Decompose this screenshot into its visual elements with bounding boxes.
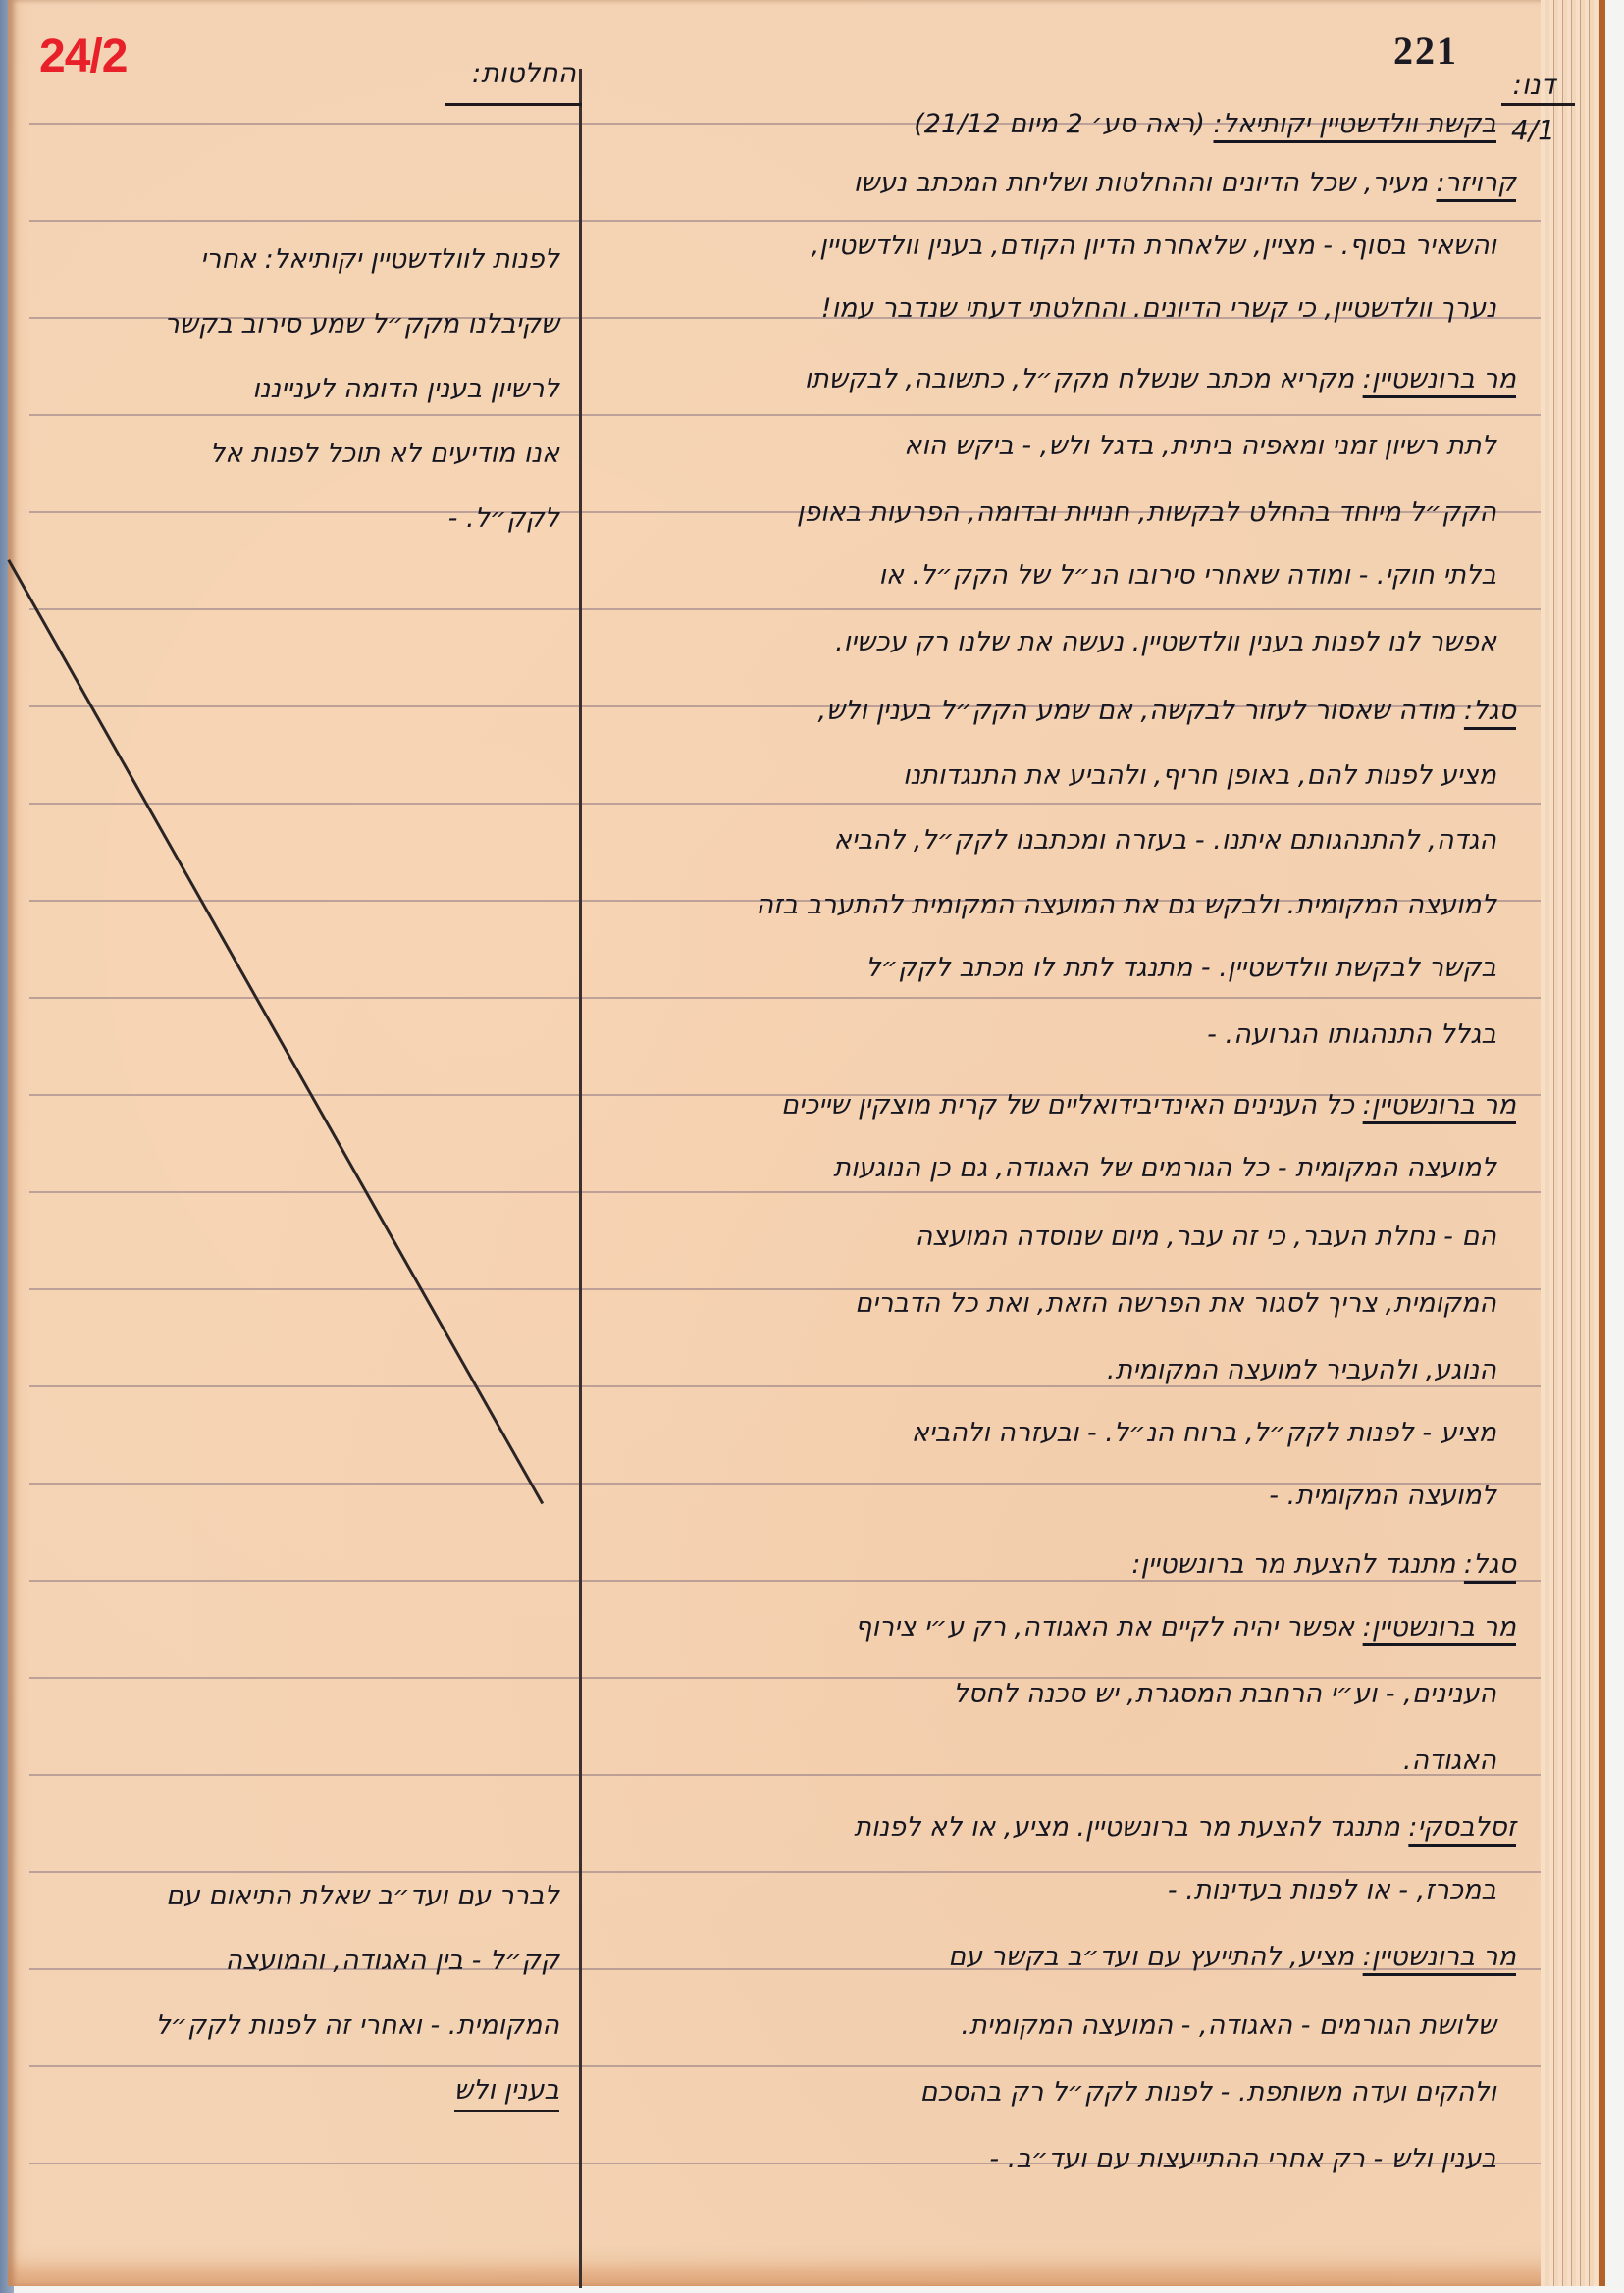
minutes-line: האגודה. xyxy=(1403,1746,1496,1776)
decision-line: אנו מודיעים לא תוכל לפנות אל xyxy=(210,440,559,469)
minutes-line: אפשר לנו לפנות בענין וולדשטיין. נעשה את … xyxy=(835,628,1496,657)
minutes-line: מר ברונשטיין: כל הענינים האינדיבידואליים… xyxy=(781,1091,1516,1120)
minutes-text: הם - נחלת העבר, כי זה עבר, מיום שנוסדה ה… xyxy=(916,1222,1496,1252)
agenda-title: בקשת וולדשטיין יקותיאל: xyxy=(1214,109,1497,139)
minutes-line: הענינים, - וע״י הרחבת המסגרת, יש סכנה לח… xyxy=(953,1680,1496,1709)
ruled-line xyxy=(29,1580,1541,1582)
minutes-line: מציע לפנות להם, באופן חריף, ולהביע את הת… xyxy=(903,761,1496,791)
minutes-text: בלתי חוקי. - ומודה שאחרי סירובו הנ״ל של … xyxy=(878,560,1496,591)
minutes-text: למועצה המקומית - כל הגורמים של האגודה, ג… xyxy=(833,1153,1496,1183)
minutes-text: לתת רשיון זמני ומאפיה ביתית, בדגל ולש, -… xyxy=(904,431,1496,461)
ruled-line xyxy=(29,803,1541,805)
page-number: 221 xyxy=(1393,27,1458,74)
minutes-line: זסלבסקי: מתנגד להצעת מר ברונשטיין. מציע,… xyxy=(854,1813,1516,1843)
speaker-name: סגל: xyxy=(1464,696,1516,726)
minutes-line: למועצה המקומית. ולבקש גם את המועצה המקומ… xyxy=(757,891,1496,920)
decision-line: שקיבלנו מקק״ל שמע סירוב בקשר xyxy=(165,310,559,339)
minutes-line: מר ברונשטיין: מקריא מכתב שנשלח מקק״ל, כת… xyxy=(805,365,1516,394)
decisions-header-rule xyxy=(445,103,582,106)
minutes-text: מציע - לפנות לקק״ל, ברוח הנ״ל. - ובעזרה … xyxy=(912,1418,1496,1448)
speaker-name: מר ברונשטיין: xyxy=(1363,1612,1516,1642)
decision-line: לברר עם ועד״ב שאלת התיאום עם xyxy=(166,1882,559,1911)
minutes-line: מציע - לפנות לקק״ל, ברוח הנ״ל. - ובעזרה … xyxy=(912,1419,1496,1448)
decision-line: לפנות לוולדשטיין יקותיאל: אחרי xyxy=(200,245,559,275)
minutes-line: ולהקים ועדה משותפת. - לפנות לקק״ל רק בהס… xyxy=(919,2078,1496,2108)
minutes-text: אפשר לנו לפנות בענין וולדשטיין. נעשה את … xyxy=(835,627,1496,657)
minutes-line: הקק״ל מיוחד בהחלט לבקשות, חנויות ובדומה,… xyxy=(797,498,1496,528)
minutes-text: מציע לפנות להם, באופן חריף, ולהביע את הת… xyxy=(903,760,1496,791)
minutes-text: הנוגע, ולהעביר למועצה המקומית. xyxy=(1107,1355,1496,1385)
minutes-line: הם - נחלת העבר, כי זה עבר, מיום שנוסדה ה… xyxy=(916,1223,1496,1252)
minutes-line: נערך וולדשטיין, כי קשרי הדיונים. והחלטתי… xyxy=(821,294,1496,324)
minutes-text: אפשר יהיה לקיים את האגודה, רק ע״י צירוף xyxy=(855,1612,1354,1642)
speaker-name: סגל: xyxy=(1464,1549,1516,1580)
minutes-line: בענין ולש - רק אחרי ההתייעצות עם ועד״ב. … xyxy=(989,2145,1496,2174)
minutes-text: מציע, להתייעץ עם ועד״ב בקשר עם xyxy=(948,1942,1354,1972)
speaker-name: מר ברונשטיין: xyxy=(1363,364,1516,394)
minutes-line: מר ברונשטיין: מציע, להתייעץ עם ועד״ב בקש… xyxy=(948,1943,1516,1972)
minutes-text: מודה שאסור לעזור לבקשה, אם שמע הקק״ל בענ… xyxy=(817,696,1455,726)
ruled-line xyxy=(29,1871,1541,1873)
minutes-text: למועצה המקומית. - xyxy=(1269,1481,1496,1511)
minutes-line: מר ברונשטיין: אפשר יהיה לקיים את האגודה,… xyxy=(855,1613,1516,1642)
minutes-text: בגלל התנהגותו הגרועה. - xyxy=(1207,1019,1496,1050)
minutes-line: למועצה המקומית - כל הגורמים של האגודה, ג… xyxy=(833,1154,1496,1183)
date-entry: 4/1 xyxy=(1511,116,1555,145)
minutes-line: קרויזר: מעיר, שכל הדיונים וההחלטות ושליח… xyxy=(854,169,1516,198)
speaker-name: זסלבסקי: xyxy=(1408,1812,1516,1843)
minutes-text: הענינים, - וע״י הרחבת המסגרת, יש סכנה לח… xyxy=(953,1679,1496,1709)
speaker-name: מר ברונשטיין: xyxy=(1363,1090,1516,1120)
minutes-text: מקריא מכתב שנשלח מקק״ל, כתשובה, לבקשתו xyxy=(805,364,1354,394)
decision-line: המקומית. - ואחרי זה לפנות לקק״ל xyxy=(155,2011,559,2041)
minutes-line: בגלל התנהגותו הגרועה. - xyxy=(1207,1020,1496,1050)
minutes-line: והשאיר בסוף. - מציין, שלאחרת הדיון הקודם… xyxy=(812,232,1496,261)
minutes-text: מתנגד להצעת מר ברונשטיין. מציע, או לא לפ… xyxy=(854,1812,1400,1843)
minutes-line: לתת רשיון זמני ומאפיה ביתית, בדגל ולש, -… xyxy=(904,432,1496,461)
ruled-line xyxy=(29,1191,1541,1193)
minutes-text: המקומית, צריך לסגור את הפרשה הזאת, ואת כ… xyxy=(855,1288,1496,1319)
minutes-text: בענין ולש - רק אחרי ההתייעצות עם ועד״ב. … xyxy=(989,2144,1496,2174)
speaker-name: מר ברונשטיין: xyxy=(1363,1942,1516,1972)
minutes-text: נערך וולדשטיין, כי קשרי הדיונים. והחלטתי… xyxy=(821,293,1496,324)
minutes-text: ולהקים ועדה משותפת. - לפנות לקק״ל רק בהס… xyxy=(919,2077,1496,2108)
minutes-text: שלושת הגורמים - האגודה, - המועצה המקומית… xyxy=(961,2010,1496,2041)
agenda-item-title: בקשת וולדשטיין יקותיאל: (ראה סע׳ 2 מיום … xyxy=(914,110,1496,139)
minutes-text: כל הענינים האינדיבידואליים של קרית מוצקי… xyxy=(781,1090,1354,1120)
minutes-text: בקשר לבקשת וולדשטיין. - מתנגד לתת לו מכת… xyxy=(865,953,1496,983)
minutes-text: מתנגד להצעת מר ברונשטיין: xyxy=(1131,1549,1455,1580)
ruled-line xyxy=(29,2065,1541,2067)
column-divider xyxy=(579,69,582,2288)
minutes-text: במכרז, - או לפנות בעדינות. - xyxy=(1168,1875,1496,1905)
date-stamp: 24/2 xyxy=(39,29,127,83)
speaker-name: קרויזר: xyxy=(1437,168,1516,198)
minutes-line: הנוגע, ולהעביר למועצה המקומית. xyxy=(1107,1356,1496,1385)
discussed-column-header: דנו: xyxy=(1512,71,1555,100)
decision-line: לרשיון בענין הדומה לענייננו xyxy=(252,375,559,404)
decisions-column-header: החלטות: xyxy=(472,59,576,88)
minutes-line: בלתי חוקי. - ומודה שאחרי סירובו הנ״ל של … xyxy=(878,561,1496,591)
minutes-line: סגל: מודה שאסור לעזור לבקשה, אם שמע הקק״… xyxy=(817,697,1516,726)
minutes-line: בקשר לבקשת וולדשטיין. - מתנגד לתת לו מכת… xyxy=(865,954,1496,983)
ruled-line xyxy=(29,608,1541,610)
ruled-line xyxy=(29,414,1541,416)
ruled-line xyxy=(29,1774,1541,1776)
minutes-text: הגדה, להתנהגותם איתנו. - בעזרה ומכתבנו ל… xyxy=(834,825,1496,856)
minutes-line: המקומית, צריך לסגור את הפרשה הזאת, ואת כ… xyxy=(855,1289,1496,1319)
minutes-line: הגדה, להתנהגותם איתנו. - בעזרה ומכתבנו ל… xyxy=(834,826,1496,856)
ruled-line xyxy=(29,220,1541,222)
minutes-text: למועצה המקומית. ולבקש גם את המועצה המקומ… xyxy=(757,890,1496,920)
minutes-text: הקק״ל מיוחד בהחלט לבקשות, חנויות ובדומה,… xyxy=(797,497,1496,528)
minutes-line: שלושת הגורמים - האגודה, - המועצה המקומית… xyxy=(961,2011,1496,2041)
minutes-text: והשאיר בסוף. - מציין, שלאחרת הדיון הקודם… xyxy=(812,231,1496,261)
page-edge xyxy=(1541,0,1605,2286)
ruled-line xyxy=(29,1385,1541,1387)
minutes-line: במכרז, - או לפנות בעדינות. - xyxy=(1168,1876,1496,1905)
decision-line: קק״ל - בין האגודה, והמועצה xyxy=(225,1947,559,1976)
decision-line: לקק״ל. - xyxy=(448,504,559,534)
minutes-line: למועצה המקומית. - xyxy=(1269,1482,1496,1511)
agenda-reference: (ראה סע׳ 2 מיום 21/12) xyxy=(914,109,1205,139)
minutes-text: האגודה. xyxy=(1403,1746,1496,1776)
minutes-text: מעיר, שכל הדיונים וההחלטות ושליחת המכתב … xyxy=(854,168,1428,198)
decision-line: בענין ולש xyxy=(454,2076,559,2112)
minutes-line: סגל: מתנגד להצעת מר ברונשטיין: xyxy=(1131,1550,1516,1580)
date-header-rule xyxy=(1501,103,1575,106)
